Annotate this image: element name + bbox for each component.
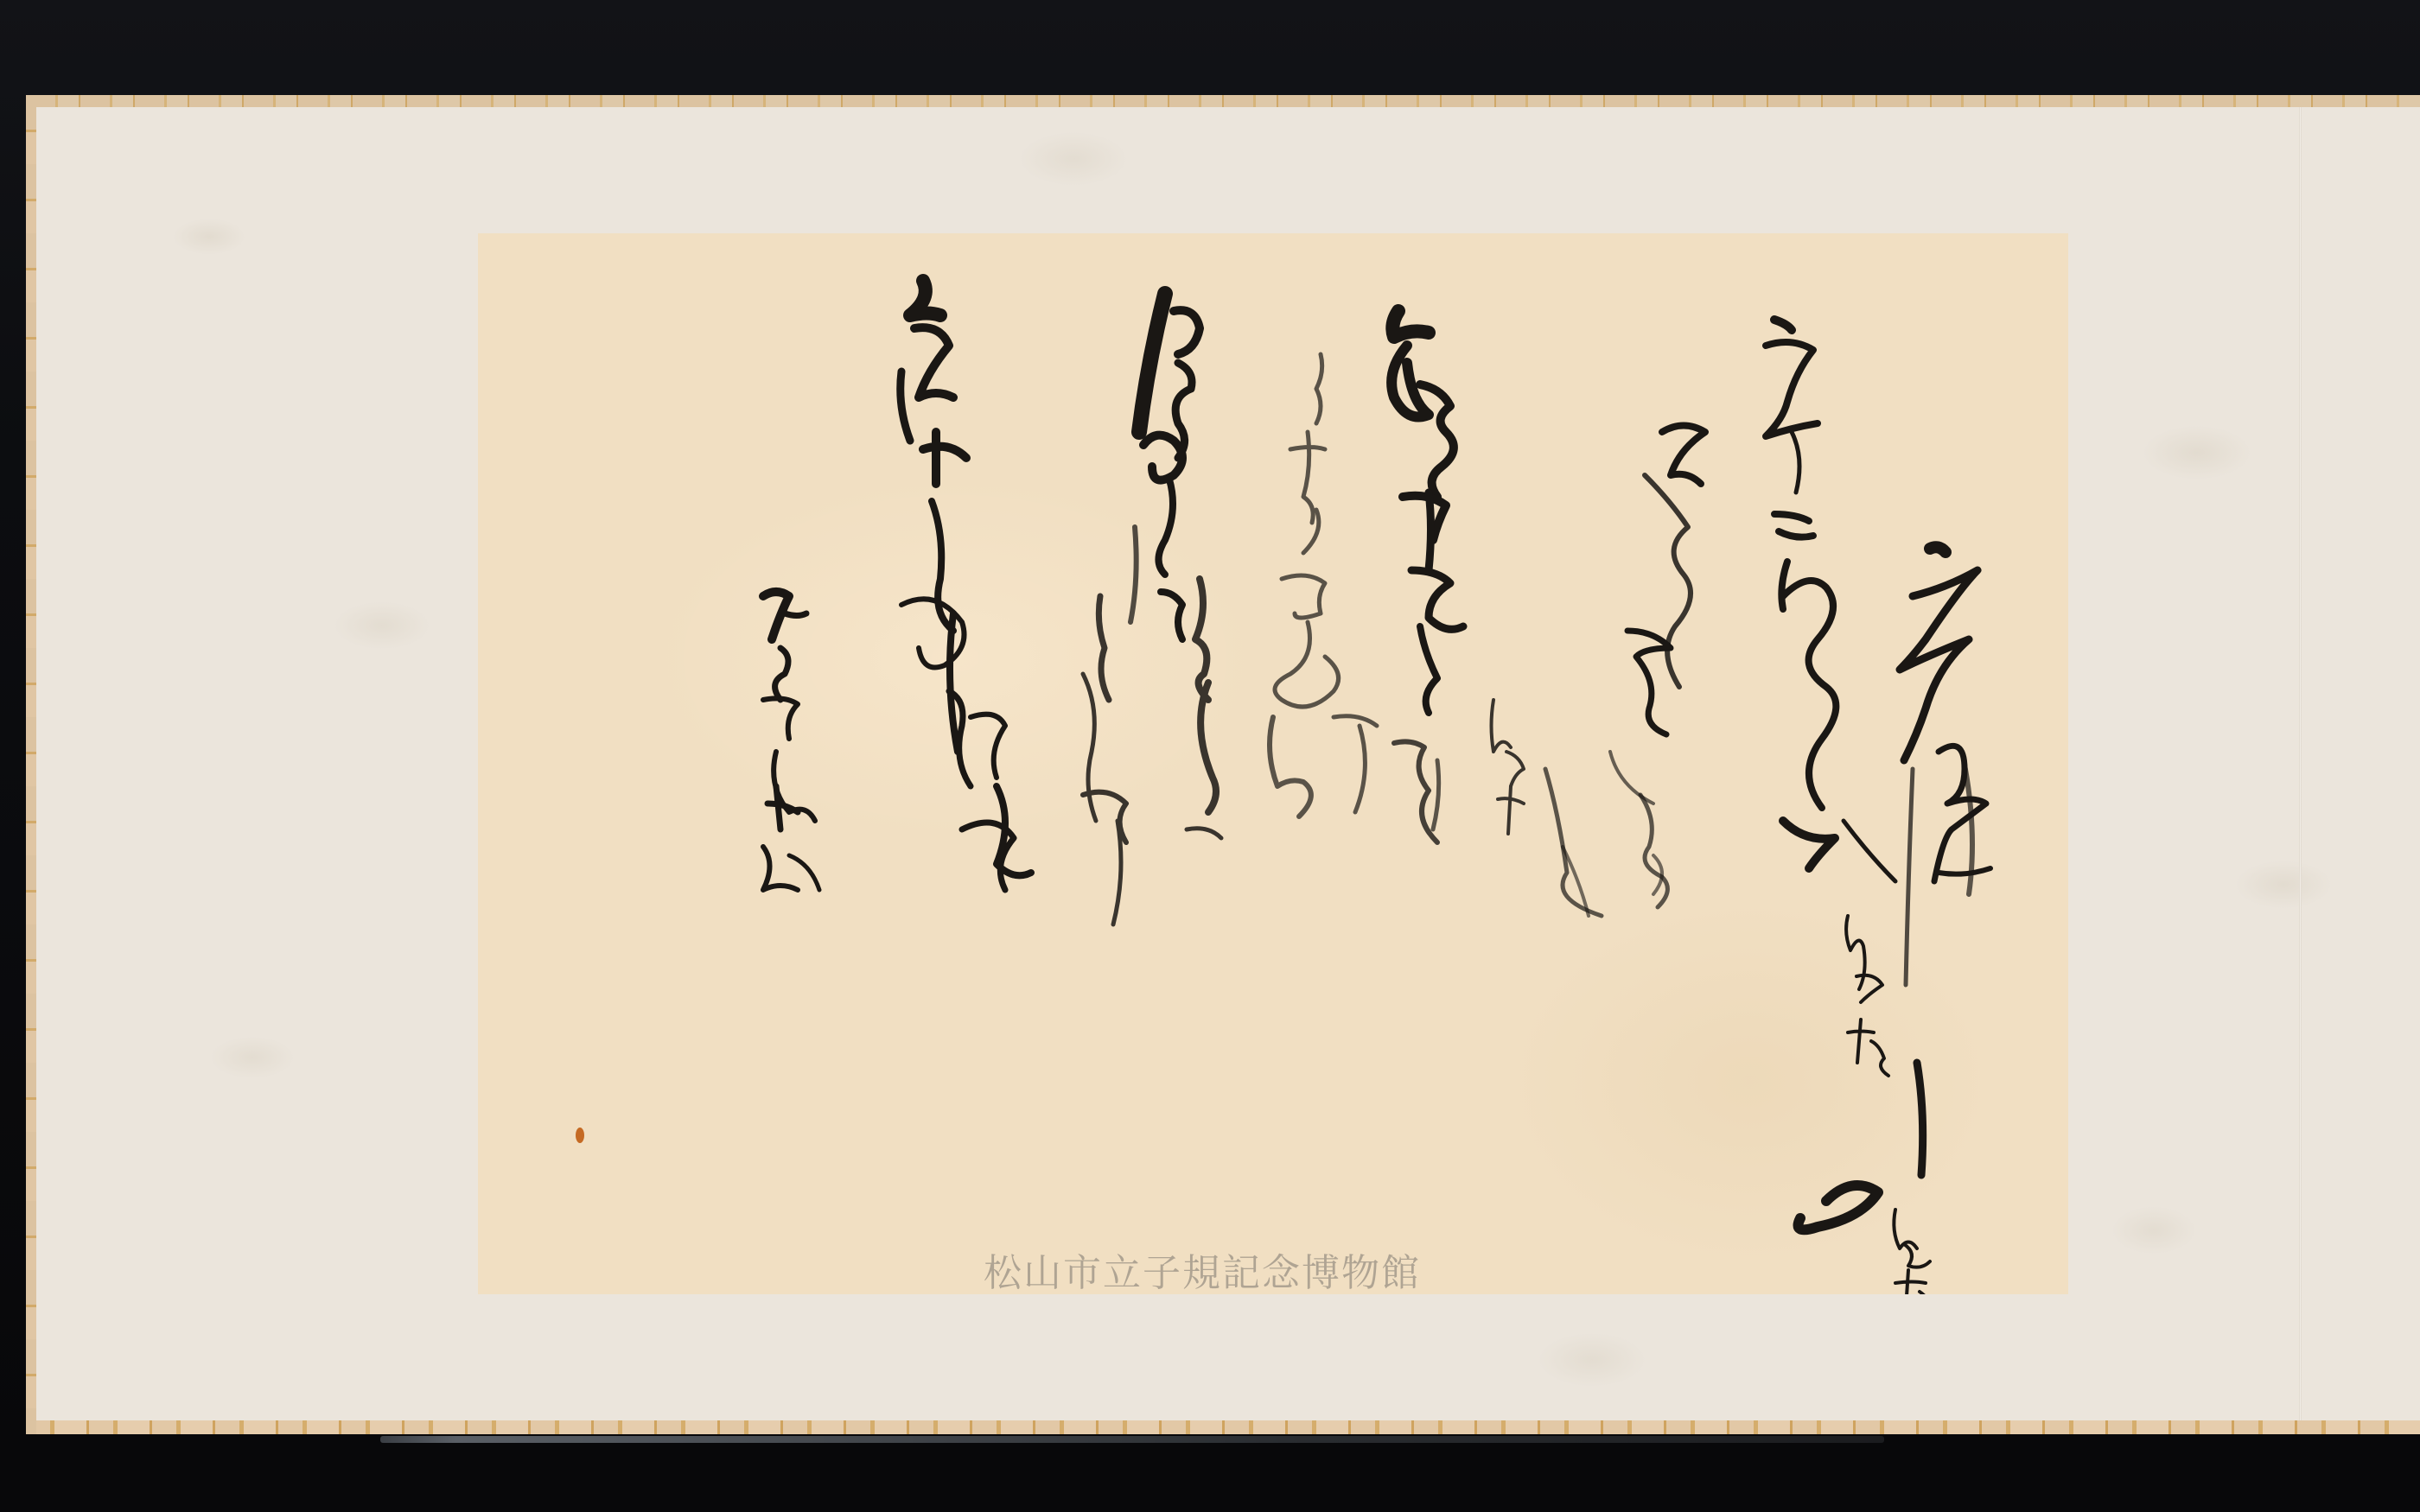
annotation-gyokei [1492,700,1525,834]
gold-fleck-border-left [26,95,36,1434]
mount-fold-line [2299,107,2302,1420]
signature-right-bottom [1894,1210,1930,1294]
gold-fleck-border-top [26,95,2420,107]
column-7 [1083,579,1221,924]
column-3 [1545,426,1705,917]
column-9 [763,592,819,890]
calligraphy-panel [478,233,2068,1294]
column-4 [1391,311,1463,842]
column-5 [1270,354,1377,816]
gold-fleck-border-bottom [26,1420,2420,1434]
museum-watermark: 松山市立子規記念博物館 [984,1248,1450,1299]
column-6 [1130,294,1200,639]
lower-right-strokes [1799,1063,2069,1229]
signature-gyokei [1846,916,1888,1076]
column-1 [1900,547,1990,985]
ink-stain [576,1128,584,1143]
calligraphy-strokes [478,233,2068,1294]
column-8 [901,281,1031,890]
stand-reflection [380,1436,1884,1443]
column-2 [1766,320,1895,881]
